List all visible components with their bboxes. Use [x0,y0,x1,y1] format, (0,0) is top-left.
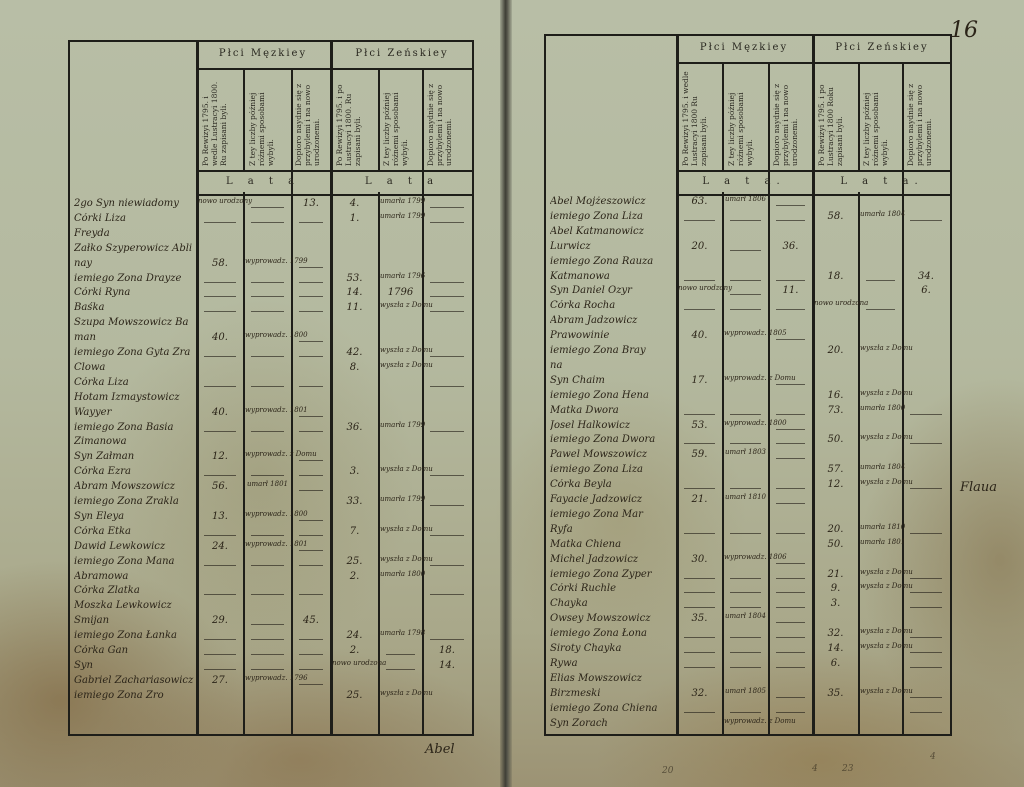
person-name: iemiego Żona Mar [550,509,674,520]
column-header-female-recorded: Po Rewizyi 1795. i po Lustracyi 1800. Ru… [335,74,375,166]
age-cell-f1: 35. [814,688,857,699]
column-header-male-recorded: Po Rewizyi 1795. i wedle Lustracyi 1800.… [201,74,241,166]
age-cell-f1: 6. [814,658,857,669]
right-register-table: Płci Męzkiey Płci Zeńskiey Po Rewizyi 17… [544,34,952,736]
blank-dash [866,280,895,281]
blank-dash [430,431,464,432]
blank-dash [299,282,323,283]
blank-dash [299,669,323,670]
person-name: Córki Liza [74,213,194,224]
age-cell-f1: 14. [814,643,857,654]
age-cell-f2: umarła 1799 [380,213,421,220]
age-cell-f2: umarła 1799 [380,496,421,503]
blank-dash [776,712,805,713]
age-cell-f2: wyszła z Domu [860,479,901,486]
blank-dash [776,458,805,459]
age-cell-m1: 13. [198,511,242,522]
age-cell-f3: 14. [424,660,470,671]
female-group-header: Płci Zeńskiey [814,42,950,53]
age-cell-m1: 59. [678,449,721,460]
blank-dash [430,386,464,387]
blank-dash [299,460,323,461]
age-cell-f1: 20. [814,524,857,535]
age-cell-f3: 18. [424,645,470,656]
person-name: Córka Etka [74,526,194,537]
blank-dash [430,356,464,357]
person-name: iemiego Żona Rauza [550,256,674,267]
age-cell-m1: 12. [198,451,242,462]
blank-dash [251,356,284,357]
person-name: iemiego Żona Hena [550,390,674,401]
age-cell-f2: wyszła z Domu [860,643,901,650]
age-cell-m2: wyprowadz. 1800 [724,420,767,427]
age-cell-f2: umarła 1810 [860,524,901,531]
person-name: Freyda [74,228,194,239]
blank-dash [776,309,805,310]
person-name: Załko Szyperowicz Abli [74,243,194,254]
age-cell-f1: nowo urodzona [814,300,857,307]
person-name: iemiego Żona Łanka [74,630,194,641]
person-name: iemiego Żona Liza [550,211,674,222]
person-name: iemiego Żona Gyta Zra [74,347,194,358]
person-name: Gabriel Zachariasowicz [74,675,194,686]
age-cell-f1: 18. [814,271,857,282]
blank-dash [776,488,805,489]
blank-dash [776,622,805,623]
age-cell-m2: umarł 1801 [245,481,290,488]
person-name: Córka Ezra [74,466,194,477]
blank-dash [910,607,942,608]
age-cell-m2: wyprowadz. 1801 [245,407,290,414]
age-cell-m3: 36. [770,241,811,252]
blank-dash [910,667,942,668]
person-name: Fayacie Jadzowicz [550,494,674,505]
person-name: Chayka [550,598,674,609]
column-header-male-newborn: Dopioro naydnie się z przybylemi i na no… [772,68,810,166]
blank-dash [776,607,805,608]
margin-note: Flaua [960,480,997,495]
column-header-female-newborn: Dopioro naydnie się z przybylemi i na no… [906,68,948,166]
table-row: iemiego Żona Zro25.wyszła z Domu [70,690,472,709]
person-name: iemiego Żona Mana [74,556,194,567]
person-name: iemiego Żona Drayze [74,273,194,284]
blank-dash [299,386,323,387]
blank-dash [430,594,464,595]
age-cell-f2: umarła 1799 [380,198,421,205]
person-name: Birzmeski [550,688,674,699]
blank-dash [730,250,761,251]
age-cell-f2: wyszła z Domu [380,347,421,354]
blank-dash [204,565,236,566]
blank-dash [251,639,284,640]
age-cell-f1: 50. [814,539,857,550]
person-name: nay [74,258,194,269]
age-cell-m1: 30. [678,554,721,565]
blank-dash [430,296,464,297]
age-cell-f2: wyszła z Domu [380,466,421,473]
blank-dash [776,592,805,593]
column-header-male-departed: Z tey liczby później róźnemi sposobami w… [248,74,288,166]
blank-dash [866,309,895,310]
age-cell-m2: wyprowadz. 1805 [724,330,767,337]
column-header-female-departed: Z tey liczby później róźnemi sposobami w… [382,74,420,166]
age-cell-f1: 53. [332,273,377,284]
age-cell-m1: 29. [198,615,242,626]
blank-dash [910,592,942,593]
person-name: Syn [74,660,194,671]
blank-dash [776,697,805,698]
age-cell-f1: 73. [814,405,857,416]
person-name: Elias Mowszowicz [550,673,674,684]
blank-dash [251,475,284,476]
blank-dash [910,637,942,638]
age-cell-f1: 32. [814,628,857,639]
blank-dash [386,669,415,670]
age-cell-f1: 33. [332,496,377,507]
female-group-header: Płci Zeńskiey [332,48,472,59]
blank-dash [251,311,284,312]
lata-header-female: L a t a [332,176,472,187]
person-name: Abel Katmanowicz [550,226,674,237]
age-cell-f1: 2. [332,645,377,656]
person-name: Owsey Mowszowicz [550,613,674,624]
faint-number: 4 [930,752,936,762]
person-name: iemiego Żona Basia [74,422,194,433]
age-cell-m2: wyprowadz. z Domu [724,718,767,725]
column-divider [722,64,724,172]
blank-dash [251,624,284,625]
male-group-header: Płci Męzkiey [676,42,812,53]
blank-dash [776,563,805,564]
blank-dash [386,654,415,655]
lata-header-female: L a t a. [814,176,950,187]
person-name: Katmanowa [550,271,674,282]
age-cell-m1: 32. [678,688,721,699]
age-cell-m2: umarł 1810 [724,494,767,501]
person-name: Wayyer [74,407,194,418]
person-name: Dawid Lewkowicz [74,541,194,552]
age-cell-m2: wyprowadz. 1799 [245,258,290,265]
blank-dash [430,207,464,208]
blank-dash [684,652,715,653]
blank-dash [204,475,236,476]
person-name: iemiego Żona Zyper [550,569,674,580]
blank-dash [204,222,236,223]
person-name: Smijan [74,615,194,626]
age-cell-f1: 14. [332,287,377,298]
blank-dash [204,669,236,670]
blank-dash [251,386,284,387]
age-cell-f1: 3. [332,466,377,477]
footer-note-abel: Abel [425,742,455,757]
age-cell-m2: wyprowadz. 1806 [724,554,767,561]
blank-dash [910,414,942,415]
blank-dash [730,667,761,668]
blank-dash [776,652,805,653]
age-cell-m1: nowo urodzony [678,285,721,292]
blank-dash [730,652,761,653]
age-cell-f1: 24. [332,630,377,641]
blank-dash [299,311,323,312]
person-name: Michel Jadzowicz [550,554,674,565]
blank-dash [730,488,761,489]
person-name: iemiego Żona Łona [550,628,674,639]
age-cell-m1: 53. [678,420,721,431]
age-cell-m2: umarł 1804 [724,613,767,620]
blank-dash [299,416,323,417]
blank-dash [299,594,323,595]
age-cell-f1: 9. [814,583,857,594]
blank-dash [684,592,715,593]
blank-dash [684,637,715,638]
person-name: iemiego Żona Bray [550,345,674,356]
blank-dash [730,220,761,221]
person-name: Córka Gan [74,645,194,656]
person-name: Matka Dwora [550,405,674,416]
age-cell-f1: 50. [814,434,857,445]
blank-dash [730,578,761,579]
blank-dash [251,282,284,283]
lata-header-male: L a t a. [676,176,812,187]
blank-dash [684,488,715,489]
age-cell-m2: umarł 1805 [724,688,767,695]
blank-dash [776,429,805,430]
age-cell-f1: 42. [332,347,377,358]
age-cell-f1: 12. [814,479,857,490]
blank-dash [776,339,805,340]
age-cell-f1: 36. [332,422,377,433]
blank-dash [204,296,236,297]
blank-dash [910,443,942,444]
age-cell-f2: umarła 1800 [860,405,901,412]
blank-dash [430,535,464,536]
age-cell-m1: 35. [678,613,721,624]
book-gutter [500,0,512,787]
left-page: Płci Męzkiey Płci Zeńskiey Po Rewizyi 17… [0,0,500,787]
age-cell-f1: 20. [814,345,857,356]
blank-dash [251,207,284,208]
age-cell-f1: 58. [814,211,857,222]
blank-dash [910,533,942,534]
age-cell-m2: umarł 1806 [724,196,767,203]
age-cell-f2: wyszła z Domu [860,434,901,441]
blank-dash [299,490,323,491]
age-cell-m2: wyprowadz. z Domu [245,451,290,458]
person-name: Szupa Mowszowicz Ba [74,317,194,328]
age-cell-f1: 1. [332,213,377,224]
person-name: Josel Halkowicz [550,420,674,431]
age-cell-m1: 17. [678,375,721,386]
blank-dash [910,697,942,698]
blank-dash [204,356,236,357]
blank-dash [204,535,236,536]
blank-dash [251,669,284,670]
blank-dash [684,533,715,534]
person-name: Siroty Chayka [550,643,674,654]
person-name: Syn Chaim [550,375,674,386]
age-cell-f2: umarła 1800 [380,571,421,578]
age-cell-f1: nowo urodzona [332,660,377,667]
blank-dash [251,594,284,595]
age-cell-f1: 3. [814,598,857,609]
age-cell-m2: umarł 1803 [724,449,767,456]
age-cell-m2: wyprowadz. 1800 [245,332,290,339]
age-cell-f2: wyszła z Domu [380,690,421,697]
person-name: iemiego Żona Liza [550,464,674,475]
column-divider [858,64,860,172]
blank-dash [299,654,323,655]
blank-dash [776,443,805,444]
age-cell-f3: 34. [904,271,948,282]
blank-dash [299,475,323,476]
age-cell-f2: wyszła z Domu [860,569,901,576]
person-name: Syn Zorach [550,718,674,729]
age-cell-m3: 13. [293,198,329,209]
page-number: 16 [950,18,978,43]
age-cell-f1: 16. [814,390,857,401]
blank-dash [684,607,715,608]
age-cell-m2: wyprowadz. z Domu [724,375,767,382]
age-cell-f1: 25. [332,556,377,567]
blank-dash [251,565,284,566]
column-divider [378,70,380,172]
age-cell-m2: wyprowadz. 1800 [245,511,290,518]
person-name: Córki Ryna [74,287,194,298]
person-name: Syn Eleya [74,511,194,522]
age-cell-m1: nowo urodzony [198,198,242,205]
blank-dash [204,654,236,655]
blank-dash [251,535,284,536]
person-name: iemiego Żona Chiena [550,703,674,714]
blank-dash [776,384,805,385]
column-header-female-newborn: Dopioro naydnie się z przybylemi i na no… [426,74,468,166]
person-name: Rywa [550,658,674,669]
blank-dash [776,220,805,221]
person-name: Abram Jadzowicz [550,315,674,326]
blank-dash [299,267,323,268]
blank-dash [430,311,464,312]
person-name: Córka Rocha [550,300,674,311]
age-cell-f3: 6. [904,285,948,296]
person-name: Clowa [74,362,194,373]
blank-dash [251,654,284,655]
faint-number: 20 [662,766,673,776]
blank-dash [299,296,323,297]
age-cell-m1: 56. [198,481,242,492]
blank-dash [730,607,761,608]
blank-dash [430,475,464,476]
blank-dash [730,712,761,713]
male-group-header: Płci Męzkiey [196,48,330,59]
column-header-female-departed: Z tey liczby później róźnemi sposobami w… [862,68,900,166]
person-name: Ryfa [550,524,674,535]
person-name: Abramowa [74,571,194,582]
blank-dash [910,488,942,489]
blank-dash [251,296,284,297]
person-name: Córki Ruchle [550,583,674,594]
person-name: Hotam Izmaystowicz [74,392,194,403]
person-name: na [550,360,674,371]
age-cell-m1: 27. [198,675,242,686]
blank-dash [730,280,761,281]
age-cell-f2: wyszła z Domu [860,345,901,352]
header-rule [196,68,472,70]
blank-dash [299,222,323,223]
blank-dash [910,578,942,579]
age-cell-f1: 25. [332,690,377,701]
person-name: Matka Chiena [550,539,674,550]
age-cell-f2: umarła 1801 [860,539,901,546]
age-cell-f2: wyszła z Domu [860,390,901,397]
blank-dash [299,550,323,551]
blank-dash [251,431,284,432]
blank-dash [684,667,715,668]
person-name: Prawowinie [550,330,674,341]
blank-dash [299,520,323,521]
person-name: Córka Liza [74,377,194,388]
table-row: Syn Zorachwyprowadz. z Domu [546,718,950,737]
left-register-table: Płci Męzkiey Płci Zeńskiey Po Rewizyi 17… [68,40,474,736]
scanned-ledger-spread: Płci Męzkiey Płci Zeńskiey Po Rewizyi 17… [0,0,1024,787]
person-name: Syn Daniel Ozyr [550,285,674,296]
blank-dash [204,386,236,387]
age-cell-f2: wyszła z Domu [860,628,901,635]
blank-dash [730,414,761,415]
header-rule [196,194,472,196]
age-cell-f2: wyszła z Domu [860,583,901,590]
faint-number: 4 [812,764,818,774]
age-cell-f2: wyszła z Domu [380,302,421,309]
blank-dash [776,637,805,638]
blank-dash [204,431,236,432]
faint-number: 23 [842,764,853,774]
age-cell-f1: 8. [332,362,377,373]
blank-dash [776,533,805,534]
blank-dash [430,505,464,506]
age-cell-f2: wyszła z Domu [380,526,421,533]
blank-dash [730,592,761,593]
person-name: Córka Zlatka [74,585,194,596]
age-cell-f2: umarła 1804 [860,464,901,471]
person-name: Moszka Lewkowicz [74,600,194,611]
age-cell-m3: 45. [293,615,329,626]
header-rule [196,170,472,172]
age-cell-m1: 63. [678,196,721,207]
age-cell-f1: 57. [814,464,857,475]
age-cell-f2: umarła 1798 [380,630,421,637]
blank-dash [299,431,323,432]
blank-dash [684,443,715,444]
person-name: iemiego Żona Zro [74,690,194,701]
blank-dash [299,341,323,342]
blank-dash [299,565,323,566]
blank-dash [299,684,323,685]
age-cell-f2: umarła 1796 [380,273,421,280]
blank-dash [730,443,761,444]
person-name: Córka Beyla [550,479,674,490]
column-header-male-recorded: Po Rewizyi 1795. i wedle Lustracyi 1800 … [681,68,721,166]
person-name: 2go Syn niewiadomy [74,198,194,209]
person-name: Baśka [74,302,194,313]
blank-dash [776,503,805,504]
age-cell-m1: 24. [198,541,242,552]
blank-dash [910,712,942,713]
blank-dash [776,414,805,415]
blank-dash [684,309,715,310]
blank-dash [776,667,805,668]
blank-dash [684,280,715,281]
age-cell-f2: umarła 1799 [380,422,421,429]
